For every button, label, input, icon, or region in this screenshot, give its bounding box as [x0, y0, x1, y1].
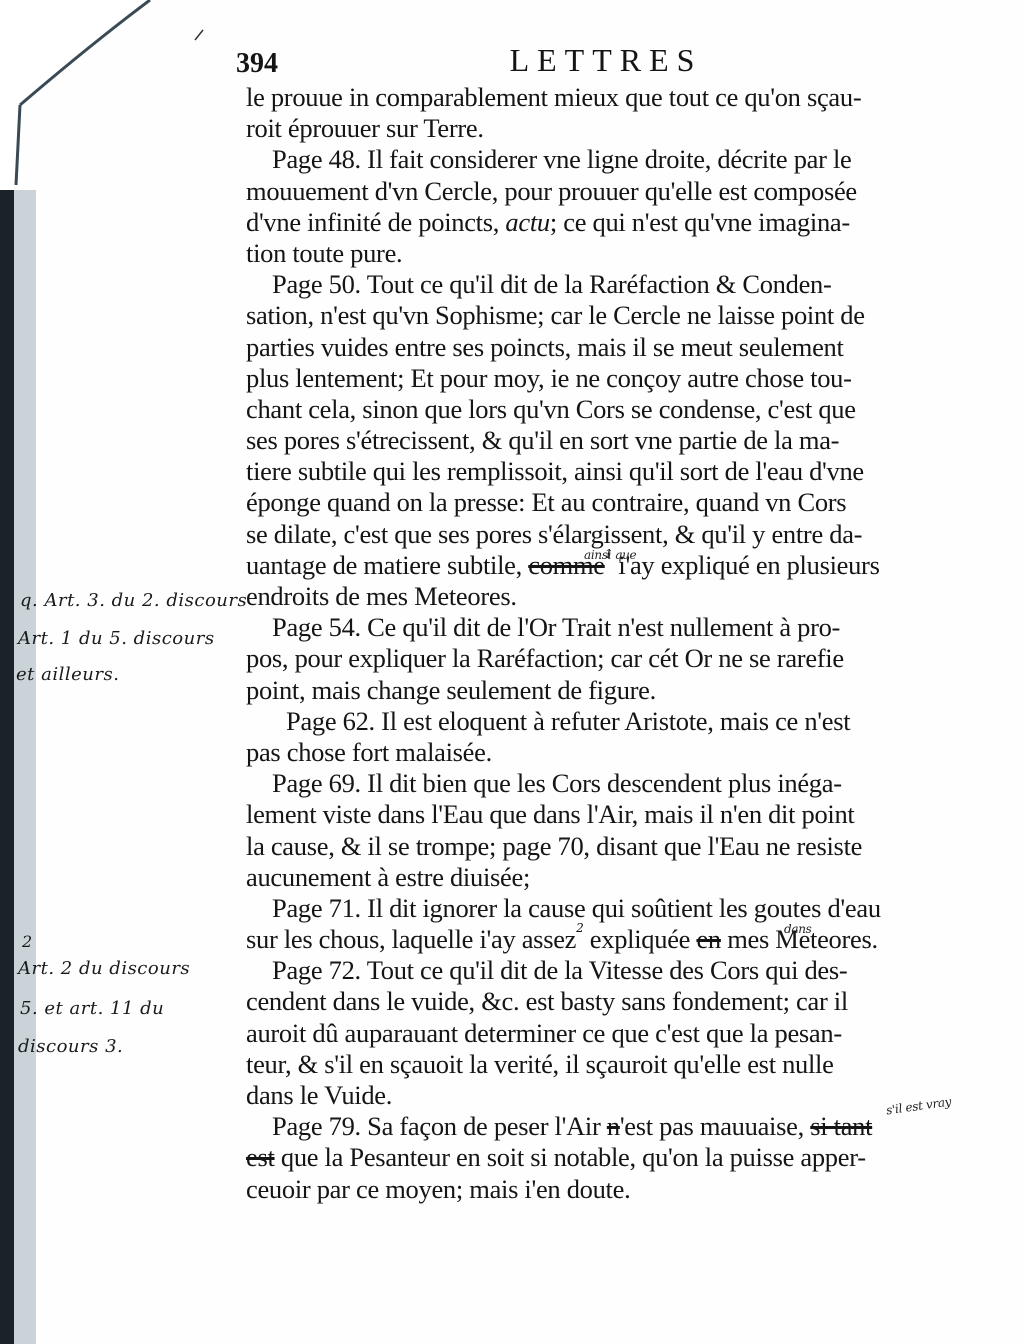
text-span: ; ce qui n'est qu'vne imagina-: [550, 207, 850, 237]
text-span: uantage de matiere subtile,: [246, 550, 528, 580]
text-line: tion toute pure.: [246, 238, 981, 269]
margin-note-line: Art. 1 du 5. discours: [18, 628, 215, 649]
text-line: sation, n'est qu'vn Sophisme; car le Cer…: [246, 300, 981, 331]
text-line: plus lentement; Et pour moy, ie ne conço…: [246, 363, 981, 394]
text-line: le prouue in comparablement mieux que to…: [246, 82, 981, 113]
text-line: point, mais change seulement de figure.: [246, 675, 981, 706]
handwritten-insert-ainsi-que: ainsi que: [584, 540, 636, 571]
text-line: auroit dû auparauant determiner ce que c…: [246, 1018, 981, 1049]
text-span: que la Pesanteur en soit si notable, qu'…: [281, 1142, 866, 1172]
margin-note-line: discours 3.: [18, 1036, 123, 1057]
text-line: ses pores s'étrecissent, & qu'il en sort…: [246, 425, 981, 456]
paragraph-page-69: Page 69. Il dit bien que les Cors descen…: [246, 768, 981, 799]
text-line: tiere subtile qui les remplissoit, ainsi…: [246, 456, 981, 487]
paragraph-page-50: Page 50. Tout ce qu'il dit de la Raréfac…: [246, 269, 981, 300]
text-span: Page 79. Sa façon de peser l'Air: [272, 1111, 607, 1141]
paragraph-page-72: Page 72. Tout ce qu'il dit de la Vitesse…: [246, 955, 981, 986]
text-span: d'vne infinité de poincts,: [246, 207, 505, 237]
paragraph-page-79: Page 79. Sa façon de peser l'Air n'est p…: [246, 1111, 981, 1142]
footnote-marker-2: 2: [576, 921, 583, 935]
text-span: 'est pas mauuaise,: [620, 1111, 810, 1141]
text-line: pos, pour expliquer la Raréfaction; car …: [246, 643, 981, 674]
text-span: sur les chous, laquelle i'ay assez: [246, 924, 576, 954]
running-title: LETTRES: [236, 42, 976, 79]
text-line: aucunement à estre diuisée;: [246, 862, 981, 893]
page-header: 394 LETTRES: [236, 42, 976, 82]
text-line: chant cela, sinon que lors qu'vn Cors se…: [246, 394, 981, 425]
text-line: teur, & s'il en sçauoit la verité, il sç…: [246, 1049, 981, 1080]
paragraph-page-71: Page 71. Il dit ignorer la cause qui soû…: [246, 893, 981, 924]
text-line: la cause, & il se trompe; page 70, disan…: [246, 831, 981, 862]
struck-word-est: est: [246, 1142, 275, 1172]
text-line: endroits de mes Meteores.: [246, 581, 981, 612]
margin-note-number: 2: [22, 932, 33, 951]
struck-word-en: en: [696, 924, 720, 954]
text-line: éponge quand on la presse: Et au contrai…: [246, 487, 981, 518]
margin-note-line: q. Art. 3. du 2. discours: [20, 590, 247, 611]
scanned-book-page: 394 LETTRES le prouue in comparablement …: [0, 0, 1024, 1344]
text-line: ceuoir par ce moyen; mais i'en doute.: [246, 1174, 981, 1205]
text-line: uantage de matiere subtile, comme1 i'ay …: [246, 550, 981, 581]
text-line: sur les chous, laquelle i'ay assez2 expl…: [246, 924, 981, 955]
paragraph-page-48: Page 48. Il fait considerer vne ligne dr…: [246, 144, 981, 175]
margin-note-line: 5. et art. 11 du: [20, 998, 164, 1019]
text-line: lement viste dans l'Eau que dans l'Air, …: [246, 799, 981, 830]
struck-words-si-tant: si tant: [810, 1111, 872, 1141]
paragraph-page-62: Page 62. Il est eloquent à refuter Arist…: [246, 706, 981, 737]
text-line: est que la Pesanteur en soit si notable,…: [246, 1142, 981, 1173]
text-line: roit éprouuer sur Terre.: [246, 113, 981, 144]
text-span: i'ay expliqué en plusieurs: [618, 550, 879, 580]
margin-note-line: Art. 2 du discours: [18, 958, 190, 979]
handwritten-insert-dans: dans: [784, 914, 812, 945]
text-line: d'vne infinité de poincts, actu; ce qui …: [246, 207, 981, 238]
text-line: mouuement d'vn Cercle, pour prouuer qu'e…: [246, 176, 981, 207]
text-line: parties vuides entre ses poincts, mais i…: [246, 332, 981, 363]
text-span: expliquée: [583, 924, 696, 954]
struck-letter-n: n: [607, 1111, 620, 1141]
paragraph-page-54: Page 54. Ce qu'il dit de l'Or Trait n'es…: [246, 612, 981, 643]
text-line: pas chose fort malaisée.: [246, 737, 981, 768]
italic-actu: actu: [505, 207, 549, 237]
text-line: cendent dans le vuide, &c. est basty san…: [246, 986, 981, 1017]
text-line: dans le Vuide.: [246, 1080, 981, 1111]
margin-note-line: et ailleurs.: [16, 664, 119, 685]
page-body-text: le prouue in comparablement mieux que to…: [246, 82, 981, 1205]
